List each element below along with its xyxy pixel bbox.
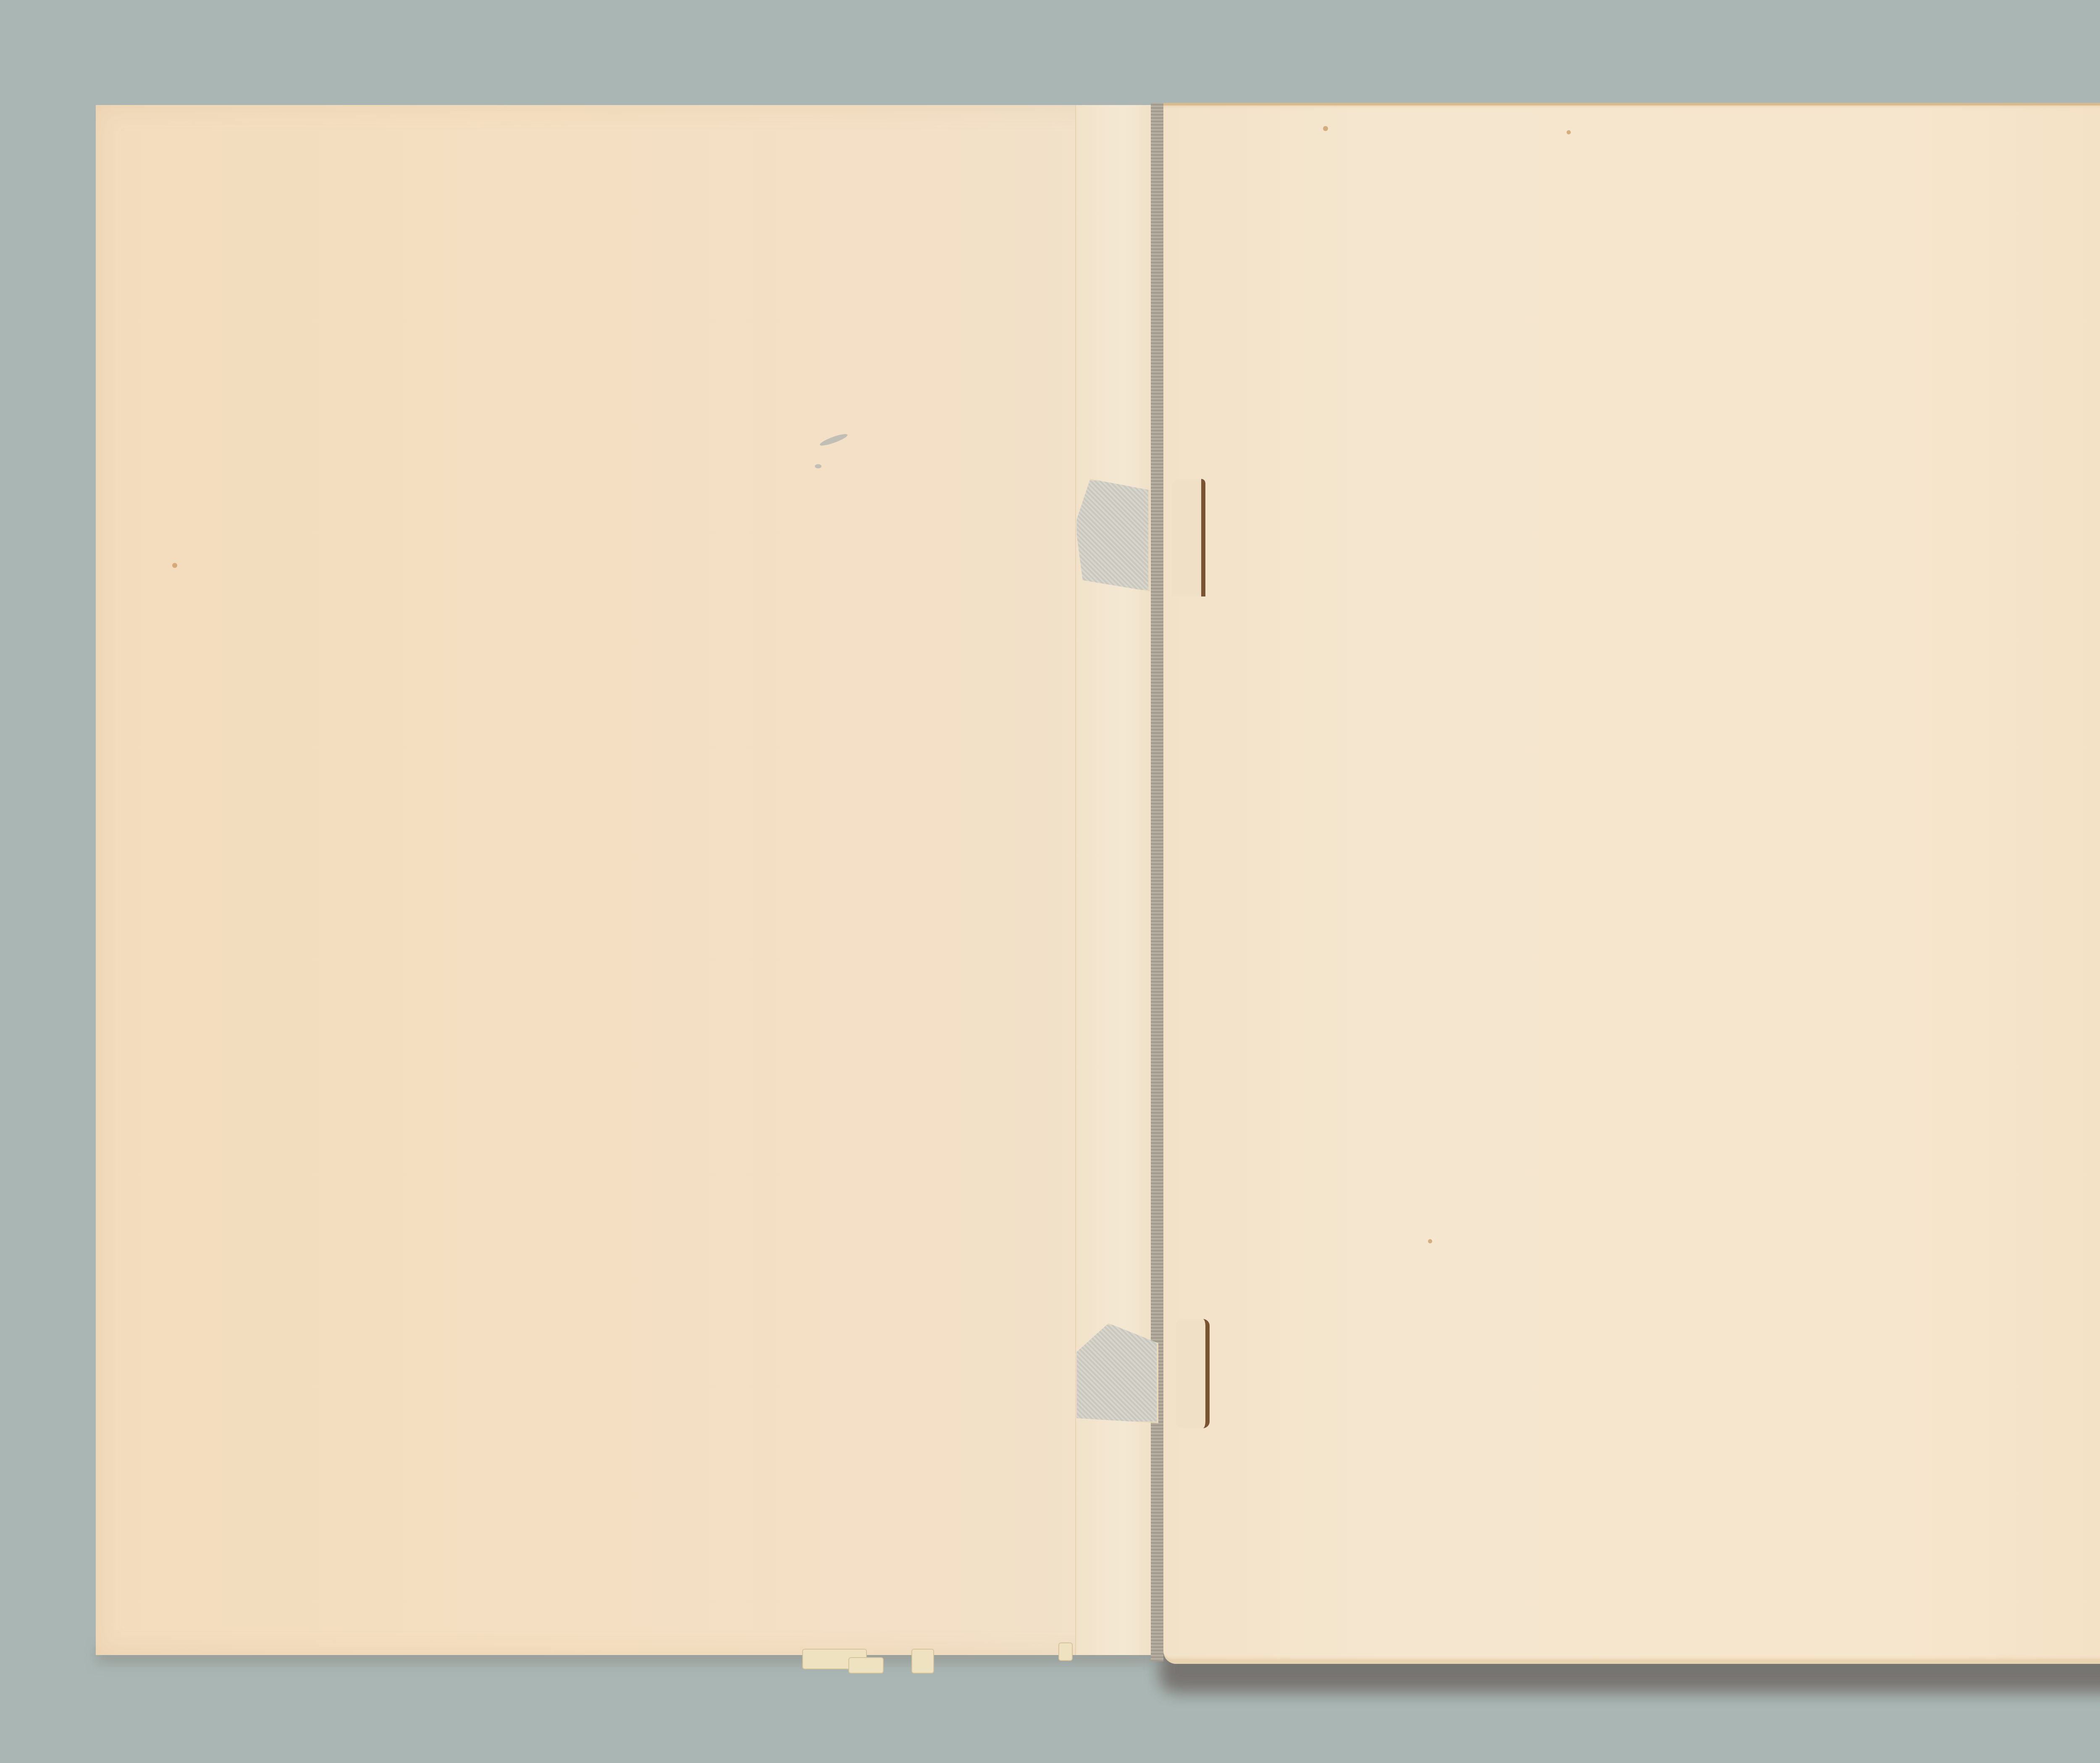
tape-fragment [848, 1657, 884, 1674]
foxing-spot [1323, 126, 1328, 131]
foxing-spot [1428, 1239, 1432, 1243]
gray-stain [815, 464, 822, 468]
flyleaf-hinge-strip [1075, 105, 1156, 1655]
tape-fragment [1058, 1642, 1073, 1661]
foxing-spot [172, 563, 177, 568]
upper-torn-hinge [1075, 479, 1150, 591]
upper-torn-flap [1172, 479, 1205, 596]
foxing-spot [1567, 130, 1571, 134]
tape-fragment [911, 1649, 934, 1674]
book-spine [1151, 103, 1163, 1661]
right-page [1163, 103, 2100, 1664]
lower-torn-flap [1176, 1319, 1210, 1428]
left-page [96, 105, 1155, 1655]
